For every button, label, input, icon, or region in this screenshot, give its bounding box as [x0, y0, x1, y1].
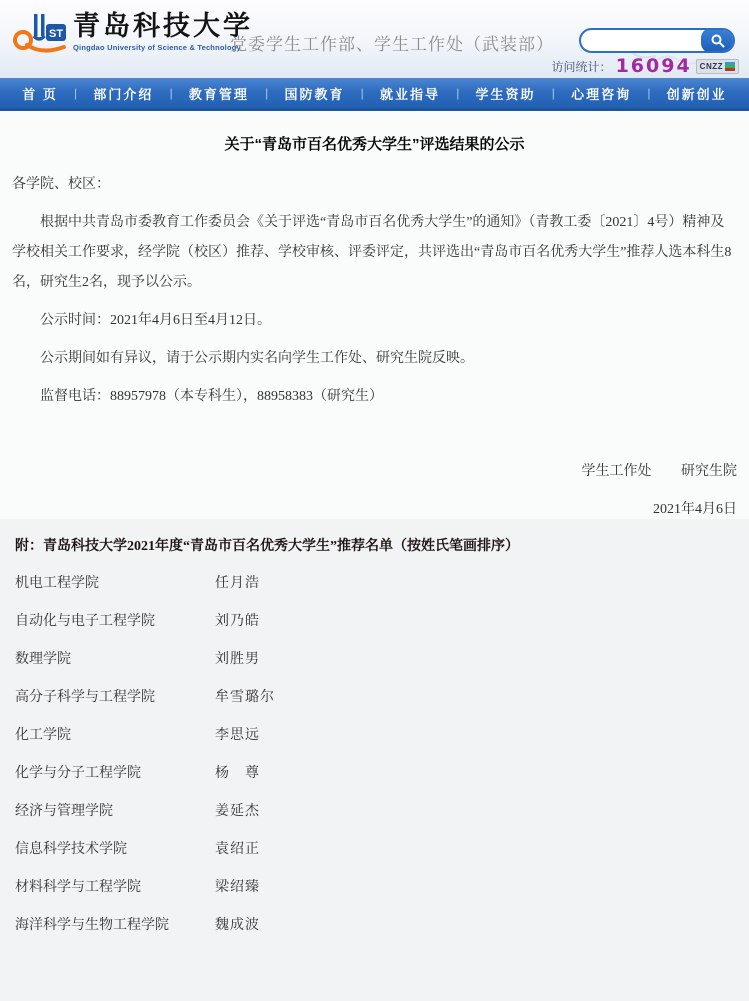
nav-item-8[interactable]: 创新创业	[667, 84, 727, 103]
list-item: 化学与分子工程学院杨 尊	[15, 753, 734, 791]
nav-separator: |	[552, 86, 555, 100]
nav-item-5[interactable]: 就业指导	[380, 84, 440, 103]
publicity-period-line: 公示时间：2021年4月6日至4月12日。	[12, 306, 737, 336]
salutation: 各学院、校区：	[12, 170, 737, 200]
student-name: 杨 尊	[215, 762, 260, 782]
list-item: 高分子科学与工程学院牟雪璐尔	[15, 677, 734, 715]
department-title: 党委学生工作部、学生工作处（武装部）	[230, 30, 554, 55]
college-name: 高分子科学与工程学院	[15, 686, 215, 706]
list-item: 机电工程学院任月浩	[15, 563, 734, 601]
college-name: 数理学院	[15, 648, 215, 668]
nav-item-2[interactable]: 部门介绍	[93, 84, 153, 103]
nav-item-3[interactable]: 教育管理	[189, 84, 249, 103]
nav-item-4[interactable]: 国防教育	[284, 84, 344, 103]
university-name-en: Qingdao University of Science & Technolo…	[73, 43, 253, 52]
college-name: 海洋科学与生物工程学院	[15, 914, 215, 934]
college-name: 化工学院	[15, 724, 215, 744]
supervision-phone-line: 监督电话：88957978（本专科生），88958383（研究生）	[12, 382, 737, 412]
college-name: 机电工程学院	[15, 572, 215, 592]
student-name: 刘乃皓	[215, 610, 260, 630]
student-name: 姜延杰	[215, 800, 260, 820]
university-logo[interactable]: ST 青岛科技大学 Qingdao University of Science …	[10, 12, 253, 56]
student-name: 袁绍正	[215, 838, 260, 858]
signature-unit-1: 学生工作处	[582, 464, 652, 479]
attachment-section: 附：青岛科技大学2021年度“青岛市百名优秀大学生”推荐名单（按姓氏笔画排序） …	[0, 519, 749, 1000]
college-name: 自动化与电子工程学院	[15, 610, 215, 630]
search-icon	[711, 34, 725, 48]
objection-line: 公示期间如有异议，请于公示期内实名向学生工作处、研究生院反映。	[12, 344, 737, 374]
nav-separator: |	[74, 86, 77, 100]
cnzz-counter-badge[interactable]: CNZZ	[696, 59, 739, 74]
student-name: 任月浩	[215, 572, 260, 592]
recommend-list: 机电工程学院任月浩自动化与电子工程学院刘乃皓数理学院刘胜男高分子科学与工程学院牟…	[15, 563, 734, 943]
college-name: 化学与分子工程学院	[15, 762, 215, 782]
page-title: 关于“青岛市百名优秀大学生”评选结果的公示	[12, 133, 737, 154]
nav-separator: |	[361, 86, 364, 100]
announcement-article: 关于“青岛市百名优秀大学生”评选结果的公示 各学院、校区： 根据中共青岛市委教育…	[0, 111, 749, 519]
university-name-cn: 青岛科技大学	[73, 12, 253, 42]
list-item: 经济与管理学院姜延杰	[15, 791, 734, 829]
nav-separator: |	[170, 86, 173, 100]
site-header: ST 青岛科技大学 Qingdao University of Science …	[0, 0, 749, 78]
signature-line: 学生工作处 研究生院	[12, 457, 737, 487]
student-name: 李思远	[215, 724, 260, 744]
nav-separator: |	[456, 86, 459, 100]
list-item: 材料科学与工程学院梁绍臻	[15, 867, 734, 905]
search-button[interactable]	[701, 28, 734, 53]
list-item: 数理学院刘胜男	[15, 639, 734, 677]
student-name: 梁绍臻	[215, 876, 260, 896]
signature-unit-2: 研究生院	[681, 464, 737, 479]
search-input[interactable]	[581, 30, 701, 51]
list-item: 化工学院李思远	[15, 715, 734, 753]
list-item: 自动化与电子工程学院刘乃皓	[15, 601, 734, 639]
nav-item-6[interactable]: 学生资助	[476, 84, 536, 103]
cnzz-label: CNZZ	[700, 62, 723, 71]
nav-separator: |	[265, 86, 268, 100]
student-name: 魏成波	[215, 914, 260, 934]
nav-item-1[interactable]: 首 页	[22, 84, 58, 103]
college-name: 信息科学技术学院	[15, 838, 215, 858]
university-name-block: 青岛科技大学 Qingdao University of Science & T…	[73, 12, 253, 52]
visit-stats: 访问统计： 16094 CNZZ	[552, 57, 739, 75]
college-name: 经济与管理学院	[15, 800, 215, 820]
nav-item-7[interactable]: 心理咨询	[571, 84, 631, 103]
college-name: 材料科学与工程学院	[15, 876, 215, 896]
main-nav: 首 页|部门介绍|教育管理|国防教育|就业指导|学生资助|心理咨询|创新创业	[0, 78, 749, 111]
nav-separator: |	[647, 86, 650, 100]
body-paragraph: 根据中共青岛市委教育工作委员会《关于评选“青岛市百名优秀大学生”的通知》（青教工…	[12, 208, 737, 298]
svg-text:ST: ST	[49, 28, 63, 40]
student-name: 牟雪璐尔	[215, 686, 275, 706]
visit-stats-count: 16094	[616, 57, 692, 75]
search-box	[579, 28, 735, 53]
announcement-body: 各学院、校区： 根据中共青岛市委教育工作委员会《关于评选“青岛市百名优秀大学生”…	[12, 170, 737, 412]
attachment-heading: 附：青岛科技大学2021年度“青岛市百名优秀大学生”推荐名单（按姓氏笔画排序）	[15, 537, 734, 557]
visit-stats-label: 访问统计：	[552, 58, 612, 75]
student-name: 刘胜男	[215, 648, 260, 668]
list-item: 信息科学技术学院袁绍正	[15, 829, 734, 867]
cnzz-stats-icon	[725, 62, 735, 71]
search-area	[579, 28, 735, 53]
list-item: 海洋科学与生物工程学院魏成波	[15, 905, 734, 943]
qust-logo-icon: ST	[10, 12, 68, 56]
